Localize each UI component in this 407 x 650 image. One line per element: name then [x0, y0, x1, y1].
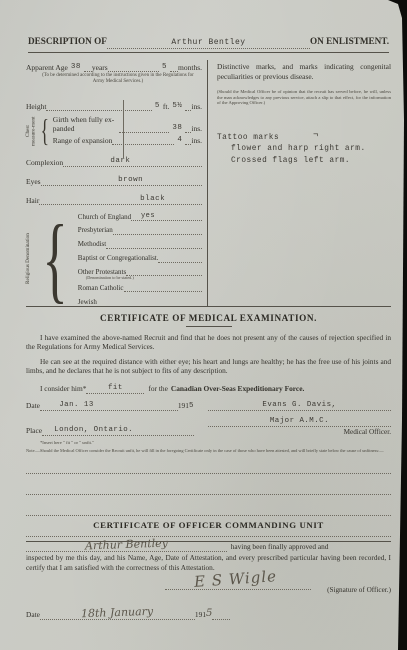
examiner-rank-field: Major A.M.C.	[208, 416, 391, 427]
commanding-certificate-title: CERTIFICATE OF OFFICER COMMANDING UNIT	[26, 520, 391, 530]
commanding-year-printed: 191	[195, 611, 206, 620]
apparent-age-label: Apparent Age	[26, 63, 68, 72]
commanding-certificate-section: CERTIFICATE OF OFFICER COMMANDING UNIT A…	[26, 520, 391, 620]
eyes-row: Eyes brown	[26, 174, 202, 186]
religion-row: Methodist	[78, 240, 202, 248]
years-unit: years	[92, 63, 108, 72]
religion-row: Presbyterian	[78, 226, 202, 234]
place-rank-row: Place London, Ontario. Major A.M.C. Medi…	[26, 416, 391, 436]
consider-prefix: I consider him*	[40, 385, 86, 394]
examiner-name-row: Evans G. Davis,	[208, 400, 391, 411]
height-in-value: 5½	[169, 102, 185, 111]
commanding-date-field: 18th January	[40, 606, 195, 620]
exam-date-row: Date Jan. 13 1915	[26, 400, 194, 411]
attestation-body: inspected by me this day, and his Name, …	[26, 553, 391, 572]
tattoo-typed-block: Tattoo marks ¬ flower and harp right arm…	[217, 133, 391, 167]
leader-dots	[158, 262, 202, 263]
months-unit: months.	[178, 63, 202, 72]
exam-date-label: Date	[26, 402, 40, 411]
complexion-label: Complexion	[26, 158, 63, 167]
leader-dots	[119, 132, 170, 133]
chest-brace: {	[41, 117, 49, 144]
signature-caption: (Signature of Officer.)	[327, 586, 391, 594]
leader-dots	[84, 71, 92, 72]
description-left-column: Apparent Age 38 years 5 months. (To be d…	[26, 60, 208, 306]
religion-brace: {	[42, 218, 67, 300]
commanding-date-script: 18th January	[81, 605, 154, 621]
apparent-age-note: (To be determined according to the instr…	[36, 73, 200, 85]
leader-dots: dark	[63, 155, 202, 167]
leader-dots: black	[39, 193, 202, 205]
blank-line	[26, 453, 391, 474]
exam-place-value: London, Ontario.	[54, 426, 133, 434]
expansion-label: Range of expansion	[53, 136, 113, 145]
attestation-line-1: having been finally approved and	[231, 543, 329, 552]
religion-label-presbyterian: Presbyterian	[78, 226, 113, 234]
religion-label-baptist: Baptist or Congregationalist.	[78, 254, 159, 262]
eyes-label: Eyes	[26, 177, 41, 186]
examiner-title: Medical Officer.	[208, 428, 391, 436]
height-in-unit: ins.	[191, 102, 202, 111]
consider-mid: for the	[148, 385, 168, 394]
height-row: Height 5 ft. 5½ ins.	[26, 102, 202, 111]
header-label-right: ON ENLISTMENT.	[310, 36, 389, 47]
title-underline	[186, 326, 232, 327]
religion-group: Religious Denomination { Church of Engla…	[26, 211, 202, 307]
fitness-field: fit	[86, 383, 144, 394]
blank-line	[26, 474, 391, 495]
apparent-age-months-value: 5	[159, 63, 170, 72]
leader-dots	[112, 144, 174, 145]
leader-dots	[46, 110, 151, 111]
apparent-age-row: Apparent Age 38 years 5 months.	[26, 63, 202, 72]
religion-label-methodist: Methodist	[78, 240, 106, 248]
description-columns: Apparent Age 38 years 5 months. (To be d…	[26, 60, 391, 306]
medical-certificate-section: CERTIFICATE OF MEDICAL EXAMINATION. I ha…	[26, 306, 391, 542]
leader-dots	[108, 71, 159, 72]
hair-value: black	[140, 195, 165, 203]
header-label-left: DESCRIPTION OF	[28, 36, 107, 47]
leader-dots	[113, 234, 202, 235]
header-rule	[28, 52, 389, 53]
leader-dots	[126, 275, 202, 276]
distinctive-marks-heading: Distinctive marks, and marks indicating …	[217, 62, 391, 81]
leader-dots: brown	[41, 174, 202, 186]
distinctive-marks-note: (Should the Medical Officer be of opinio…	[217, 89, 391, 105]
religion-group-label: Religious Denomination	[26, 216, 32, 302]
examiner-rank-block: Major A.M.C. Medical Officer.	[208, 416, 391, 436]
tattoo-line-2: flower and harp right arm.	[231, 144, 391, 155]
description-header: DESCRIPTION OF Arthur Bentley ON ENLISTM…	[28, 36, 389, 53]
chest-measurement-group: Chest measure-ment { Girth when fully ex…	[26, 116, 202, 146]
paper-sheet: DESCRIPTION OF Arthur Bentley ON ENLISTM…	[0, 0, 407, 650]
inner-column-rule	[123, 100, 124, 158]
scanned-attestation-page: DESCRIPTION OF Arthur Bentley ON ENLISTM…	[0, 0, 407, 650]
religion-value-church-of-england: yes	[141, 212, 155, 220]
description-right-column: Distinctive marks, and marks indicating …	[208, 60, 391, 306]
tattoo-line-1: Tattoo marks	[217, 133, 391, 144]
commanding-date-label: Date	[26, 611, 40, 620]
expansion-row: Range of expansion 4 ins.	[53, 136, 202, 145]
name-field: Arthur Bentley	[107, 36, 310, 49]
leader-dots: Jan. 13	[40, 400, 178, 411]
apparent-age-years-value: 38	[68, 63, 84, 72]
blank-line	[26, 495, 391, 516]
examiner-rank: Major A.M.C.	[270, 417, 329, 425]
commanding-date-row: Date 18th January 1915	[26, 606, 230, 620]
leader-dots	[106, 248, 202, 249]
medical-paragraph-1: I have examined the above-named Recruit …	[26, 333, 391, 352]
date-examiner-row: Date Jan. 13 1915 Evans G. Davis,	[26, 400, 391, 411]
approved-name-script: Arthur Bentley	[85, 537, 168, 553]
hair-row: Hair black	[26, 193, 202, 205]
exam-date-value: Jan. 13	[59, 401, 94, 409]
footnote-note: Note.—Should the Medical Officer conside…	[26, 448, 391, 453]
religion-row: Church of England yes	[78, 211, 202, 221]
officer-signature-block: E S Wigle (Signature of Officer.)	[26, 572, 391, 598]
footnote-insert: *Insert here " fit " or " unfit."	[40, 440, 391, 445]
leader-dots	[170, 71, 178, 72]
complexion-row: Complexion dark	[26, 155, 202, 167]
leader-dots	[124, 291, 203, 292]
leader-dots: yes	[131, 211, 202, 221]
leader-dots	[212, 619, 230, 620]
medical-certificate-title: CERTIFICATE OF MEDICAL EXAMINATION.	[26, 313, 391, 323]
fitness-value: fit	[108, 384, 123, 392]
girth-label: Girth when fully ex-panded	[53, 116, 119, 133]
complexion-value: dark	[110, 157, 130, 165]
consider-force-name: Canadian Over-Seas Expeditionary Force.	[171, 385, 304, 394]
approved-name-field: Arthur Bentley	[26, 538, 227, 552]
height-label: Height	[26, 102, 46, 111]
expansion-value: 4	[174, 136, 185, 145]
exam-place-label: Place	[26, 427, 42, 436]
religion-row: Roman Catholic	[78, 284, 202, 292]
girth-unit: ins.	[191, 124, 202, 133]
examiner-name: Evans G. Davis,	[262, 401, 336, 409]
religion-label-roman-catholic: Roman Catholic	[78, 284, 124, 292]
consider-row: I consider him* fit for the Canadian Ove…	[40, 383, 391, 394]
chest-group-label: Chest measure-ment	[26, 116, 37, 146]
religion-row: Other Protestants (Denomination to be st…	[78, 268, 202, 281]
year-digit: 5	[189, 402, 194, 411]
height-ft-value: 5	[152, 102, 163, 111]
recruit-name-value: Arthur Bentley	[171, 38, 245, 47]
officer-signature-line	[165, 589, 311, 590]
girth-row: Girth when fully ex-panded 38 ins.	[53, 116, 202, 133]
religion-label-church-of-england: Church of England	[78, 213, 131, 221]
medical-paragraph-2: He can see at the required distance with…	[26, 357, 391, 376]
other-protestants-note: (Denomination to be stated.)	[86, 276, 202, 281]
attestation-block: Arthur Bentley having been finally appro…	[26, 538, 391, 572]
eyes-value: brown	[118, 176, 143, 184]
expansion-unit: ins.	[191, 136, 202, 145]
insertion-mark: ¬	[313, 129, 319, 142]
leader-dots: London, Ontario.	[42, 425, 194, 436]
section-rule	[26, 306, 391, 307]
religion-row: Baptist or Congregationalist.	[78, 254, 202, 262]
hair-label: Hair	[26, 196, 39, 205]
girth-value: 38	[169, 124, 185, 133]
year-printed: 191	[178, 402, 189, 411]
examiner-signature-field: Evans G. Davis,	[208, 400, 391, 411]
exam-place-row: Place London, Ontario.	[26, 416, 194, 436]
tattoo-line-3: Crossed flags left arm.	[231, 156, 391, 167]
